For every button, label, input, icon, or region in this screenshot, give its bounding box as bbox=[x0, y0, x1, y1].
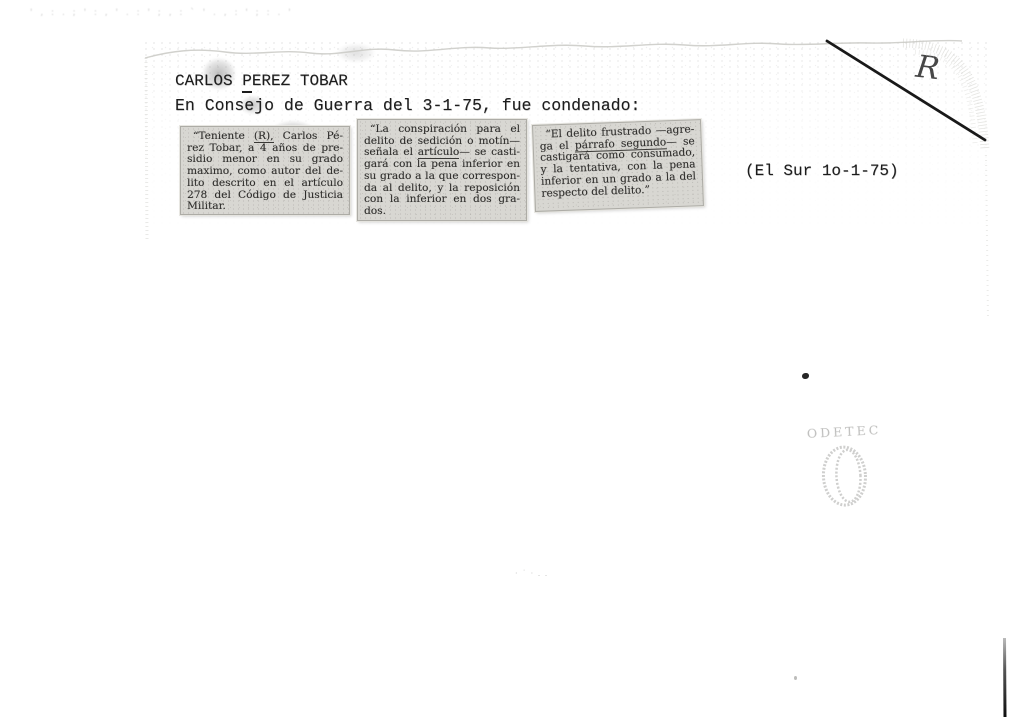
title-text-underlined: P bbox=[242, 72, 252, 93]
clipping-text: lito descrito en el artículo bbox=[187, 177, 343, 189]
clipping-text: señala el bbox=[364, 146, 418, 158]
faint-speck bbox=[794, 676, 797, 680]
clipping-text-line: dos. bbox=[364, 206, 520, 218]
clipping-text: respecto del delito.” bbox=[541, 183, 650, 199]
clipping-text-line: Militar. bbox=[187, 201, 343, 213]
clipping-text: — se casti- bbox=[459, 146, 520, 158]
clipping-text: delito de sedición o motín— bbox=[364, 135, 520, 147]
scanned-document-page: ' , : . ; ' : , ' . : ' ; , : ` ' . , : … bbox=[0, 0, 1012, 717]
page-subtitle: En Consejo de Guerra del 3-1-75, fue con… bbox=[175, 96, 640, 115]
clipping-text: Militar. bbox=[187, 200, 226, 212]
clipping-text: gará con la pena inferior en bbox=[364, 158, 520, 170]
clipping-text: Carlos Pé- bbox=[274, 130, 343, 142]
newspaper-clipping-frustrated-crime: “El delito frustrado —agre-ga el párrafo… bbox=[532, 119, 704, 212]
clipping-text: maximo, como autor del de- bbox=[187, 165, 343, 177]
clipping-text: dos. bbox=[364, 205, 386, 217]
clipping-text-line: con la inferior en dos gra- bbox=[364, 194, 520, 206]
clipping-text: “La conspiración para el bbox=[370, 123, 520, 135]
bleedthrough-stamp: ODETEC bbox=[798, 422, 894, 514]
clipping-text: sidio menor en su grado bbox=[187, 153, 343, 165]
clipping-text: da al delito, y la reposición bbox=[364, 182, 520, 194]
handwritten-letter-r: R bbox=[914, 49, 942, 88]
page-title: CARLOS PEREZ TOBAR bbox=[175, 72, 348, 90]
newspaper-clipping-conspiracy-article: “La conspiración para eldelito de sedici… bbox=[357, 119, 527, 221]
title-text-pre: CARLOS bbox=[175, 72, 242, 90]
ink-dot bbox=[802, 373, 809, 379]
ink-smudge bbox=[330, 40, 382, 66]
source-citation: (El Sur 1o-1-75) bbox=[745, 162, 899, 180]
stamp-rings-logo bbox=[812, 439, 882, 512]
clipping-text: “Teniente bbox=[193, 130, 254, 142]
newspaper-clipping-sentence: “Teniente (R), Carlos Pé-rez Tobar, a 4 … bbox=[180, 126, 350, 215]
scan-right-edge-dark-line bbox=[1005, 638, 1006, 717]
clipping-text: rez Tobar, a 4 años de pre- bbox=[187, 142, 343, 154]
bleedthrough-marks-top-left: ' , : . ; ' : , ' . : ' ; , : ` ' . , : … bbox=[30, 8, 450, 18]
clipping-text: su grado a la que correspon- bbox=[364, 170, 520, 182]
clipping-text: 278 del Código de Justicia bbox=[187, 189, 343, 201]
title-text-post: EREZ TOBAR bbox=[252, 72, 348, 90]
faint-marks-center: · ˙ · . . bbox=[515, 569, 548, 578]
clipping-text: con la inferior en dos gra- bbox=[364, 193, 520, 205]
